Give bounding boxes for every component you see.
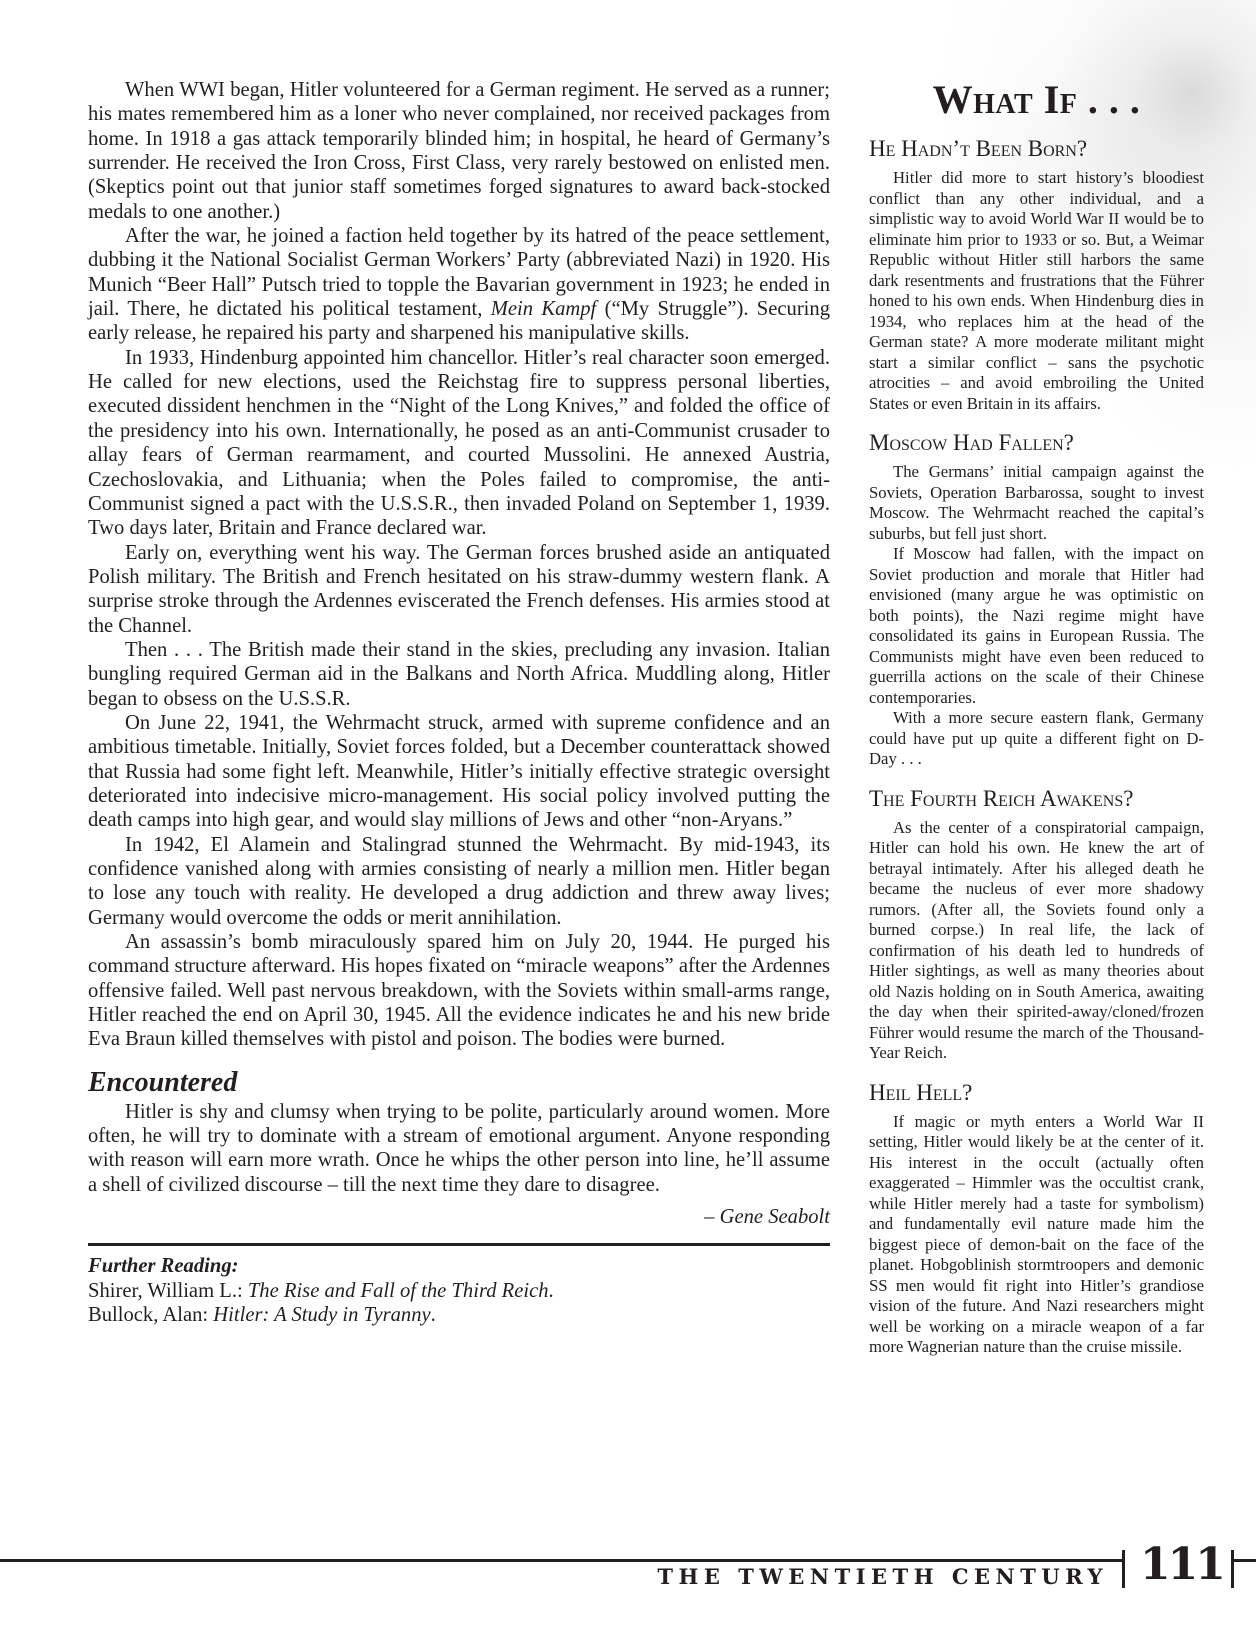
section-divider xyxy=(88,1243,830,1246)
book-title-mein-kampf: Mein Kampf xyxy=(491,298,597,320)
encountered-heading: Encountered xyxy=(88,1068,830,1098)
reference-title: The Rise and Fall of the Third Reich xyxy=(248,1280,549,1302)
body-paragraph: In 1942, El Alamein and Stalingrad stunn… xyxy=(88,833,830,930)
sidebar-heading-fourth-reich: The Fourth Reich Awakens? xyxy=(869,786,1204,812)
encountered-paragraph: Hitler is shy and clumsy when trying to … xyxy=(88,1100,830,1197)
sidebar-paragraph: The Germans’ initial campaign against th… xyxy=(869,462,1204,544)
page-number: 111 xyxy=(1140,1540,1220,1590)
sidebar-paragraph: With a more secure eastern flank, German… xyxy=(869,708,1204,770)
body-paragraph: In 1933, Hindenburg appointed him chance… xyxy=(88,346,830,541)
body-paragraph: After the war, he joined a faction held … xyxy=(88,224,830,346)
footer-tick xyxy=(1122,1550,1125,1588)
further-reading-title: Further Reading: xyxy=(88,1254,830,1278)
what-if-sidebar: What If . . . He Hadn’t Been Born? Hitle… xyxy=(869,78,1204,1358)
reference-author: Bullock, Alan: xyxy=(88,1304,213,1326)
further-reading-item: Bullock, Alan: Hitler: A Study in Tyrann… xyxy=(88,1303,830,1327)
sidebar-heading-not-born: He Hadn’t Been Born? xyxy=(869,136,1204,162)
further-reading-item: Shirer, William L.: The Rise and Fall of… xyxy=(88,1279,830,1303)
sidebar-paragraph: Hitler did more to start history’s blood… xyxy=(869,168,1204,414)
sidebar-heading-moscow: Moscow Had Fallen? xyxy=(869,430,1204,456)
body-paragraph: Then . . . The British made their stand … xyxy=(88,638,830,711)
body-paragraph: When WWI began, Hitler volunteered for a… xyxy=(88,78,830,224)
body-paragraph: On June 22, 1941, the Wehrmacht struck, … xyxy=(88,711,830,833)
reference-author: Shirer, William L.: xyxy=(88,1280,248,1302)
sidebar-paragraph: If magic or myth enters a World War II s… xyxy=(869,1112,1204,1358)
footer-rule-right xyxy=(1232,1559,1256,1562)
sidebar-paragraph: As the center of a conspiratorial campai… xyxy=(869,818,1204,1064)
body-paragraph: An assassin’s bomb miraculously spared h… xyxy=(88,930,830,1052)
author-byline: – Gene Seabolt xyxy=(88,1205,830,1229)
body-paragraph: Early on, everything went his way. The G… xyxy=(88,541,830,638)
footer-tick xyxy=(1231,1550,1234,1588)
sidebar-heading-heil-hell: Heil Hell? xyxy=(869,1080,1204,1106)
reference-title: Hitler: A Study in Tyranny xyxy=(213,1304,430,1326)
reference-punctuation: . xyxy=(431,1304,436,1326)
footer-rule-left xyxy=(0,1559,1123,1562)
sidebar-paragraph: If Moscow had fallen, with the impact on… xyxy=(869,544,1204,708)
sidebar-title: What If . . . xyxy=(869,78,1204,122)
main-column: When WWI began, Hitler volunteered for a… xyxy=(88,78,830,1328)
reference-punctuation: . xyxy=(549,1280,554,1302)
running-footer-title: THE TWENTIETH CENTURY xyxy=(657,1564,1108,1589)
